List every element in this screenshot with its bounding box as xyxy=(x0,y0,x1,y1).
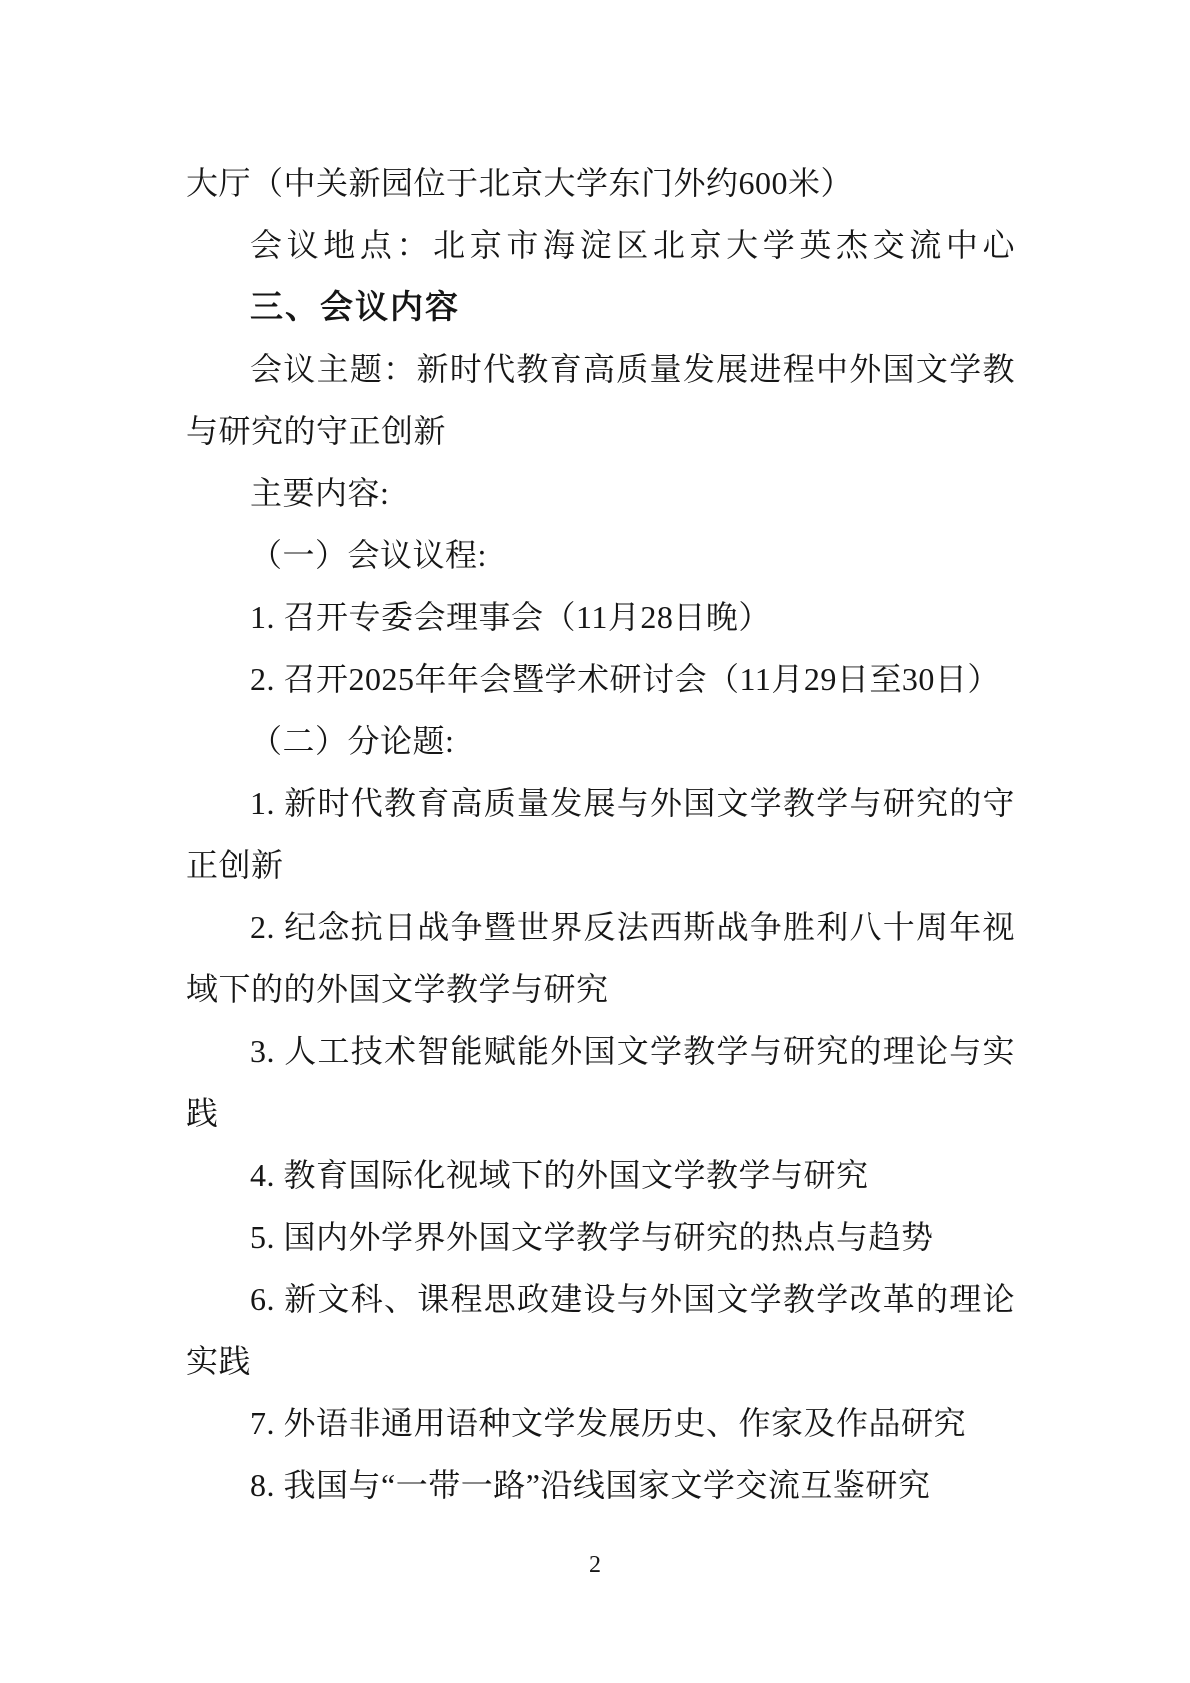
page-number: 2 xyxy=(589,1552,601,1578)
line-subtopic-6a: 6. 新文科、课程思政建设与外国文学教学改革的理论与 xyxy=(186,1268,1015,1330)
line-theme-1: 会议主题：新时代教育高质量发展进程中外国文学教学 xyxy=(186,338,1015,400)
line-subtopic-4: 4. 教育国际化视域下的外国文学教学与研究 xyxy=(186,1144,1015,1206)
document-page: 大厅（中关新园位于北京大学东门外约600米）会议地点：北京市海淀区北京大学英杰交… xyxy=(0,0,1190,1683)
line-theme-2: 与研究的守正创新 xyxy=(186,400,1015,462)
line-subtopics-heading: （二）分论题: xyxy=(186,710,1015,772)
line-subtopic-3a: 3. 人工技术智能赋能外国文学教学与研究的理论与实 xyxy=(186,1020,1015,1082)
line-agenda-1: 1. 召开专委会理事会（11月28日晚） xyxy=(186,586,1015,648)
line-subtopic-3b: 践 xyxy=(186,1082,1015,1144)
line-meeting-venue: 会议地点：北京市海淀区北京大学英杰交流中心 xyxy=(186,214,1015,276)
section-heading-contents: 三、会议内容 xyxy=(186,276,1015,338)
line-subtopic-2a: 2. 纪念抗日战争暨世界反法西斯战争胜利八十周年视 xyxy=(186,896,1015,958)
line-hall-location: 大厅（中关新园位于北京大学东门外约600米） xyxy=(186,152,1015,214)
line-agenda-2: 2. 召开2025年年会暨学术研讨会（11月29日至30日） xyxy=(186,648,1015,710)
line-subtopic-1b: 正创新 xyxy=(186,834,1015,896)
line-subtopic-6b: 实践 xyxy=(186,1330,1015,1392)
line-subtopic-7: 7. 外语非通用语种文学发展历史、作家及作品研究 xyxy=(186,1392,1015,1454)
line-subtopic-5: 5. 国内外学界外国文学教学与研究的热点与趋势 xyxy=(186,1206,1015,1268)
page-footer: 2 xyxy=(0,1550,1190,1580)
line-subtopic-2b: 域下的的外国文学教学与研究 xyxy=(186,958,1015,1020)
line-subtopic-1a: 1. 新时代教育高质量发展与外国文学教学与研究的守 xyxy=(186,772,1015,834)
line-subtopic-8: 8. 我国与“一带一路”沿线国家文学交流互鉴研究 xyxy=(186,1454,1015,1516)
line-main-contents: 主要内容: xyxy=(186,462,1015,524)
line-agenda-heading: （一）会议议程: xyxy=(186,524,1015,586)
document-body: 大厅（中关新园位于北京大学东门外约600米）会议地点：北京市海淀区北京大学英杰交… xyxy=(186,152,1015,1516)
